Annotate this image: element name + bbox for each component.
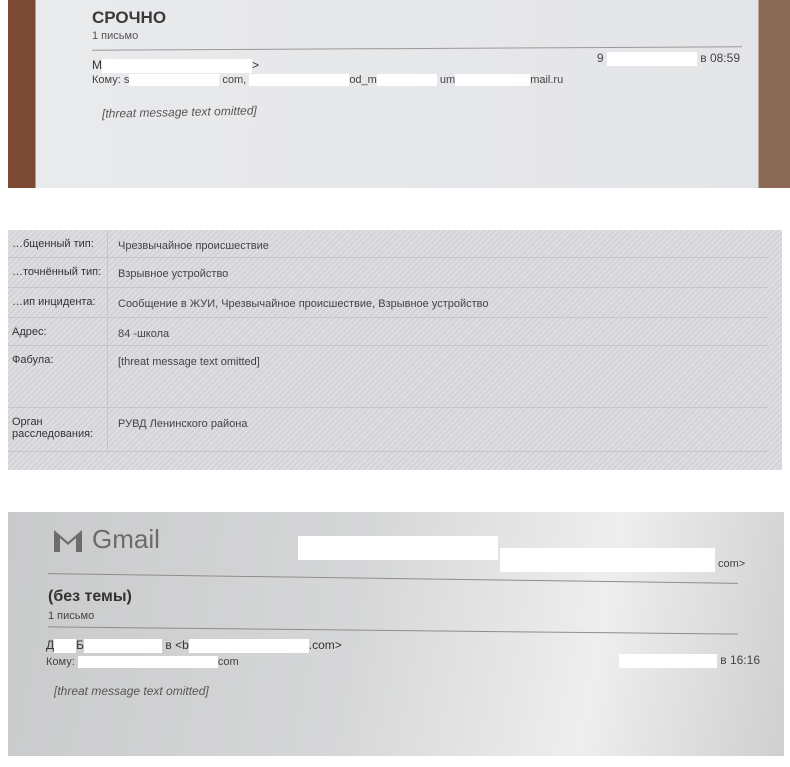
- form-row-address: Адрес: 84 -школа: [8, 318, 768, 346]
- date-fragment: 9: [597, 51, 604, 65]
- field-value: 84 -школа: [108, 318, 768, 345]
- redaction-box: [455, 74, 530, 86]
- redaction-box: [298, 536, 498, 560]
- gmail-m-icon: [52, 526, 84, 554]
- sender-line: ДБ в <b.com>: [46, 638, 342, 653]
- recipient-fragment: mail.ru: [530, 74, 563, 86]
- redaction-box: [54, 639, 76, 653]
- form-row-investigating-body: Орган расследования: РУВД Ленинского рай…: [8, 408, 768, 452]
- redaction-box: [78, 656, 218, 668]
- redaction-box: [377, 74, 437, 86]
- redaction-box: [249, 74, 349, 86]
- email-body: [threat message text omitted]: [102, 93, 742, 121]
- field-label: Адрес:: [8, 318, 108, 345]
- email-date: 9 в 08:59: [597, 51, 740, 66]
- divider: [48, 573, 738, 584]
- gmail-wordmark: Gmail: [92, 524, 160, 555]
- form-row-summary: Фабула: [threat message text omitted]: [8, 346, 768, 408]
- date-fragment: в 08:59: [700, 51, 740, 65]
- redaction-box: [607, 52, 697, 66]
- redaction-box: [500, 548, 715, 572]
- redaction-box: [102, 59, 252, 73]
- sender-fragment: .com>: [309, 638, 342, 652]
- redaction-box: [619, 654, 717, 668]
- recipient-line: Кому: s com, od_m ummail.ru: [92, 74, 563, 86]
- to-label: Кому:: [46, 656, 75, 668]
- field-value: Чрезвычайное происшествие: [108, 230, 768, 257]
- incident-report-photo: …бщенный тип: Чрезвычайное происшествие …: [8, 230, 782, 470]
- sender-fragment: >: [252, 58, 259, 72]
- field-value: Сообщение в ЖУИ, Чрезвычайное происшеств…: [108, 288, 768, 317]
- email-printout-photo-1: СРОЧНО 1 письмо М> Кому: s com, od_m umm…: [8, 0, 790, 188]
- to-label: Кому:: [92, 74, 121, 86]
- email-body: [threat message text omitted]: [54, 684, 694, 699]
- sender-line: М>: [92, 58, 259, 73]
- sender-fragment: Б: [76, 638, 84, 652]
- redaction-box: [129, 74, 219, 86]
- field-label: …ип инцидента:: [8, 288, 108, 317]
- email-date: в 16:16: [619, 653, 760, 668]
- field-label: Фабула:: [8, 346, 108, 407]
- recipient-fragment: um: [440, 74, 455, 86]
- email-subject: СРОЧНО: [92, 8, 166, 28]
- header-email-fragment: com>: [718, 558, 745, 570]
- recipient-fragment: com,: [222, 74, 246, 86]
- recipient-fragment: com: [218, 656, 239, 668]
- date-fragment: в 16:16: [720, 653, 760, 667]
- field-label: …бщенный тип:: [8, 230, 108, 257]
- email-sheet: СРОЧНО 1 письмо М> Кому: s com, od_m umm…: [58, 0, 758, 188]
- form-row-type: …бщенный тип: Чрезвычайное происшествие: [8, 230, 768, 258]
- field-label: Орган расследования:: [8, 408, 108, 451]
- form-row-incident-type: …ип инцидента: Сообщение в ЖУИ, Чрезвыча…: [8, 288, 768, 318]
- divider: [48, 626, 738, 634]
- field-value: Взрывное устройство: [108, 258, 768, 287]
- message-count: 1 письмо: [48, 610, 94, 622]
- email-subject: (без темы): [48, 588, 132, 606]
- field-label: …точнённый тип:: [8, 258, 108, 287]
- field-value: [threat message text omitted]: [108, 346, 768, 407]
- recipient-fragment: od_m: [349, 74, 377, 86]
- redaction-box: [189, 639, 309, 653]
- sender-fragment: в <b: [165, 638, 188, 652]
- sender-fragment: М: [92, 58, 102, 72]
- redaction-box: [84, 639, 162, 653]
- recipient-line: Кому: com: [46, 656, 239, 668]
- message-count: 1 письмо: [92, 30, 138, 42]
- field-value: РУВД Ленинского района: [108, 408, 768, 451]
- form-row-subtype: …точнённый тип: Взрывное устройство: [8, 258, 768, 288]
- sender-fragment: Д: [46, 638, 54, 652]
- gmail-printout-photo: Gmail com> (без темы) 1 письмо ДБ в <b.c…: [8, 512, 784, 756]
- gmail-logo: Gmail: [52, 524, 160, 555]
